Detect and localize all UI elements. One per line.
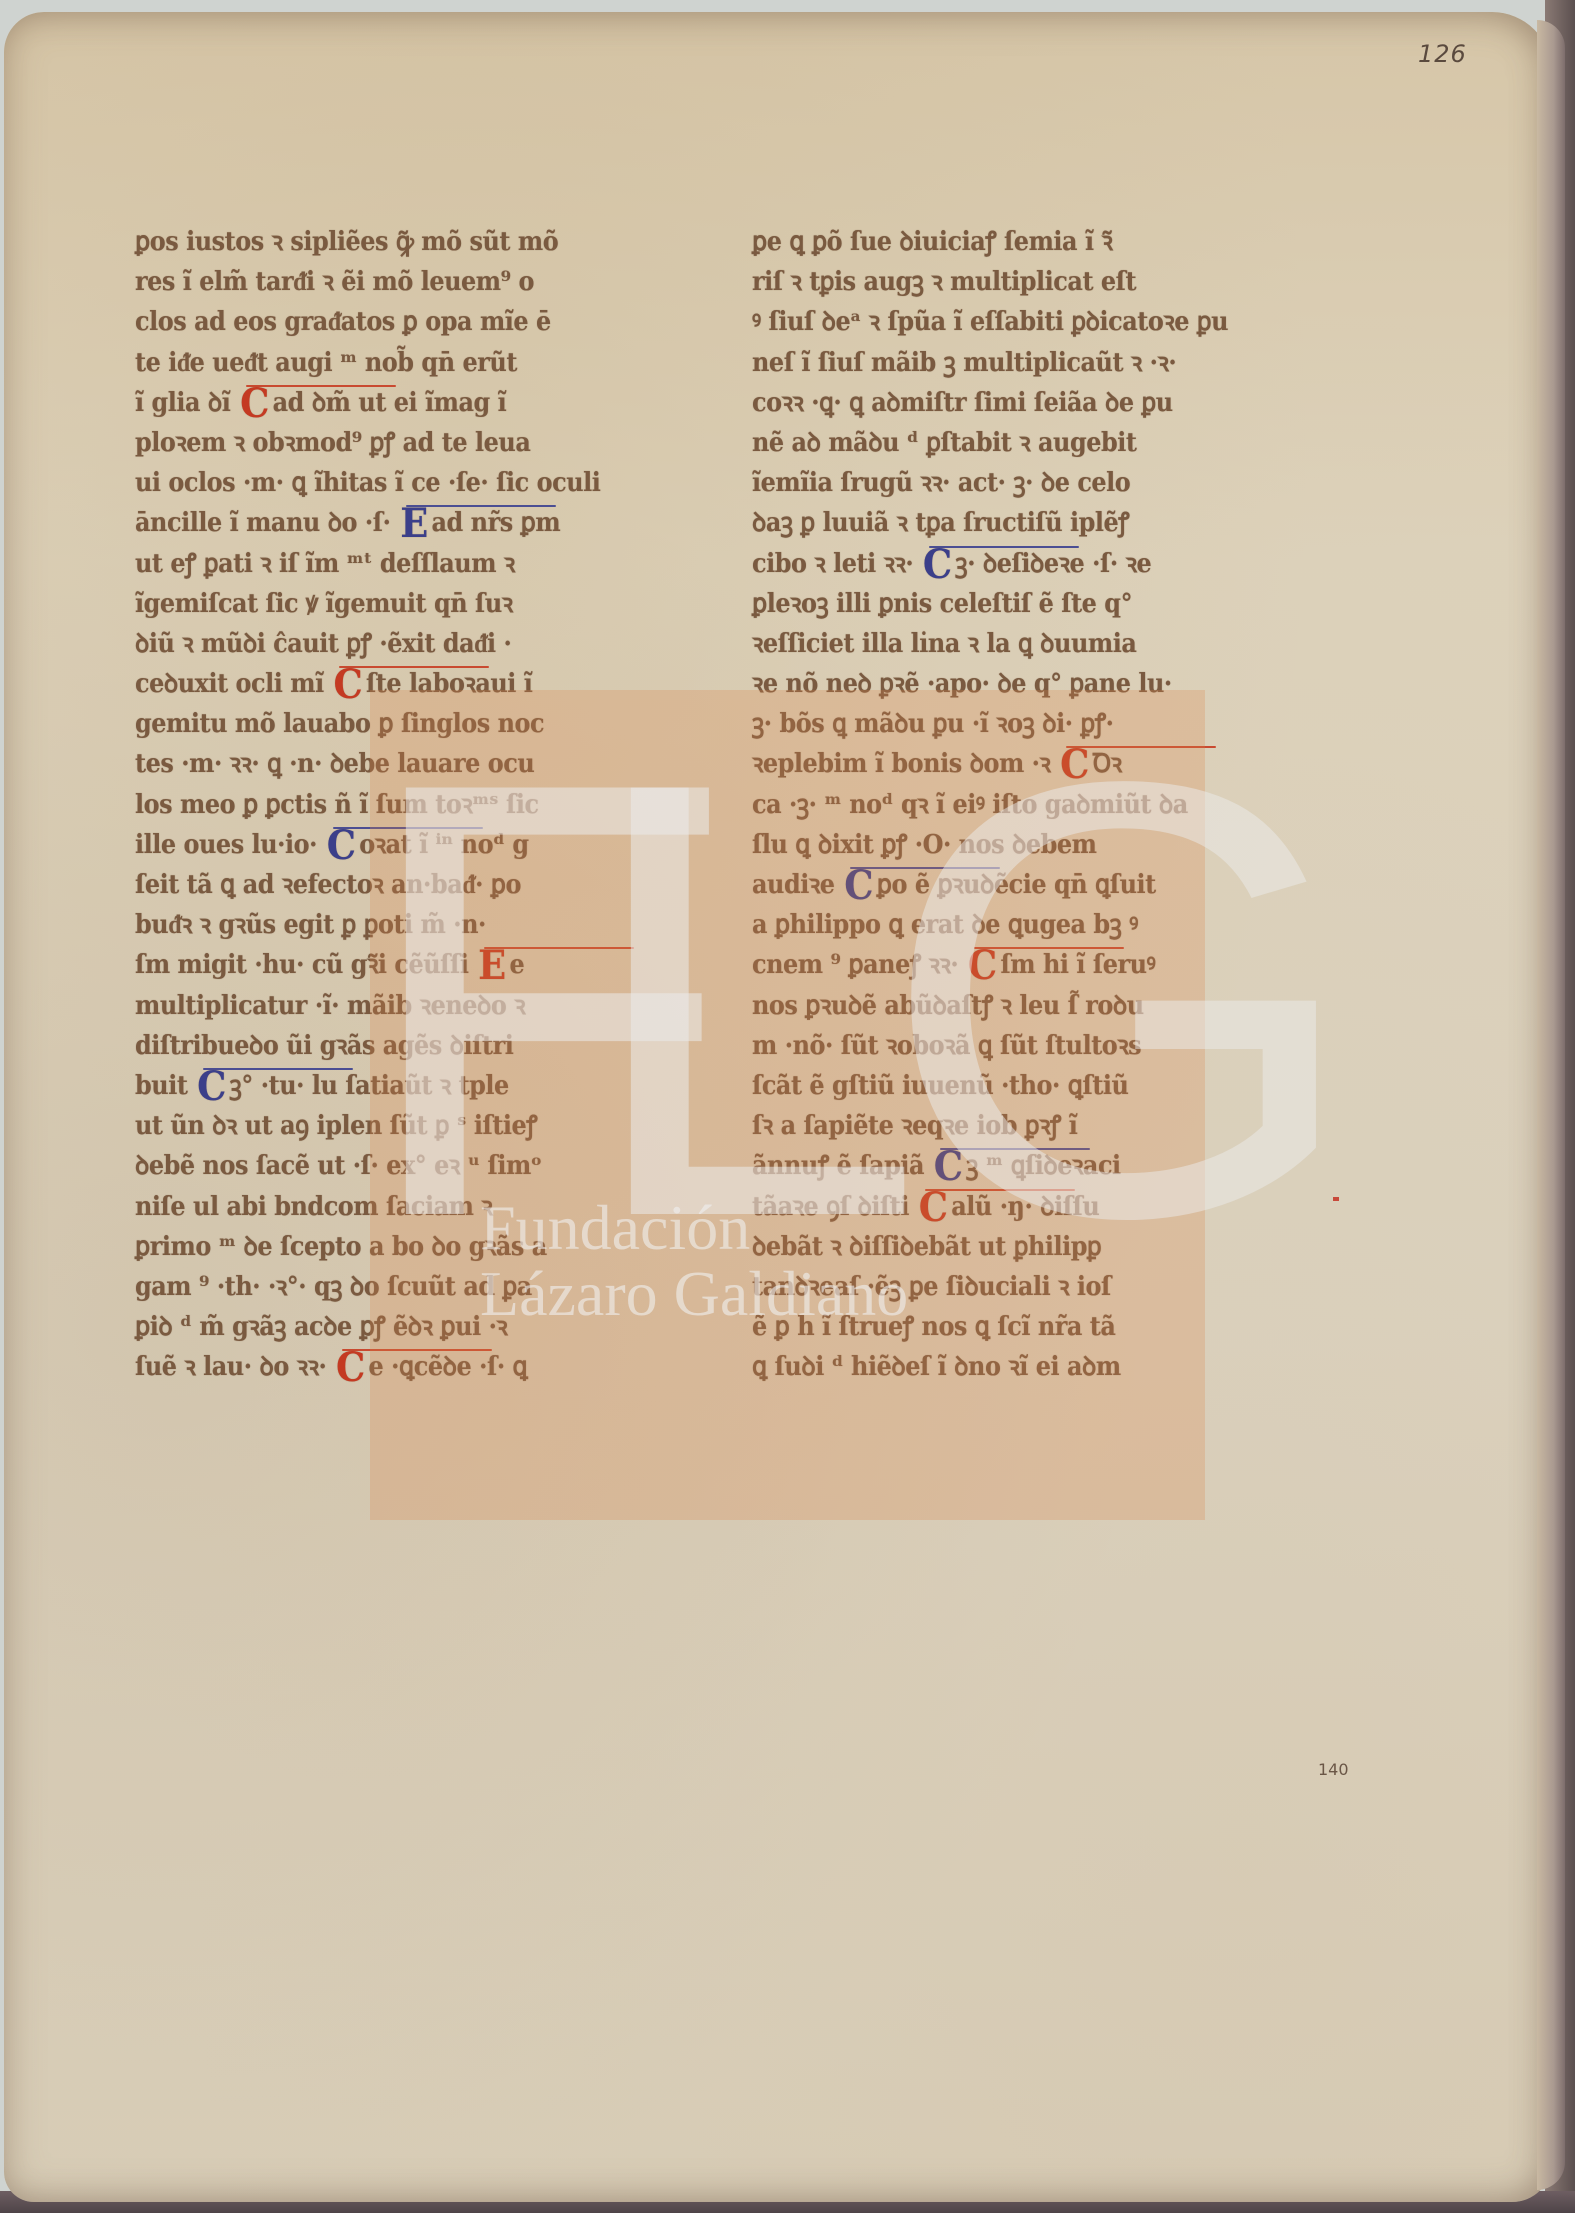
- text-line-content: ſlu ꝗ ꝺixit ꝑꝭ ·O· nos ꝺebem: [752, 825, 1096, 865]
- text-line-content: riſ ꝛ tꝑis augꝫ ꝛ multiplicat eſt: [752, 262, 1136, 302]
- text-line: ſꝛ a ſapiẽte ꝛeqꝛe iob ꝑꝛꝭ ĩ: [752, 1106, 1322, 1146]
- text-line-content: ẽ ꝑ h ĩ ſtrueꝭ nos ꝗ ſcĩ nr̃a tã: [752, 1307, 1115, 1347]
- text-line-content: cibo ꝛ leti ꝛꝛ· Cꝫ· ꝺeſiꝺeꝛe ·ſ· ꝛe: [752, 544, 1151, 584]
- line-text-after: alũ ·ŋ· ꝺiſſu: [951, 1192, 1099, 1222]
- text-line: ut ũn ꝺꝛ ut aꝯ iplen ſũt ꝑ ˢ iſtieꝭ: [135, 1106, 735, 1146]
- text-line: ĩ glia ꝺĩ Cad ꝺm̃ ut ei ĩmag ĩ: [135, 383, 735, 423]
- line-text-before: tãaꝛe ꝯſ ꝺiſti: [752, 1192, 917, 1222]
- text-line: ſuẽ ꝛ lau· ꝺo ꝛꝛ· Ce ·ꝗcẽꝺe ·ſ· ꝗ: [135, 1347, 735, 1387]
- text-line: ꝺebãt ꝛ ꝺiſſiꝺebãt ut ꝑhilipꝑ: [752, 1227, 1322, 1267]
- line-text-after: ad nr̃s ꝑm: [431, 508, 560, 538]
- line-text-after: e ·ꝗcẽꝺe ·ſ· ꝗ: [369, 1352, 528, 1382]
- text-line: tanꝺꝛeaſ ·ẽꝫ ꝑe ſiꝺuciali ꝛ ioſ: [752, 1267, 1322, 1307]
- rubricated-initial: C: [919, 1191, 948, 1225]
- line-text-before: ceꝺuxit ocli mĩ: [135, 669, 332, 699]
- text-line-content: niſe ul abi bndcom ſaciam ꝛ: [135, 1187, 492, 1227]
- line-text-after: ꝫ· ꝺeſiꝺeꝛe ·ſ· ꝛe: [955, 549, 1151, 579]
- rubricated-initial: C: [197, 1070, 226, 1104]
- text-line: audiꝛe Cꝑo ẽ ꝑꝛuꝺẽcie qn̄ ꝗſuit: [752, 865, 1322, 905]
- line-text-before: buit: [135, 1071, 195, 1101]
- text-line-content: los meo ꝑ ꝑctis ñ ĩ ſum toꝛᵐˢ ſic: [135, 785, 539, 825]
- text-line-content: cnem ⁹ ꝑaneꝭ ꝛꝛ· Cſm hi ĩ ſeruꝰ: [752, 945, 1155, 985]
- text-line-content: ille oues lu·io· Coꝛat ĩ ⁱⁿ noᵈ g: [135, 825, 529, 865]
- text-line: ꝛe nõ neꝺ ꝑꝛẽ ·apo· ꝺe q° ꝑane lu·: [752, 664, 1322, 704]
- text-line: ſcãt ẽ gſtiũ iuuenũ ·tho· ꝗſtiũ: [752, 1066, 1322, 1106]
- text-line: ca ·ꝫ· ᵐ noᵈ qꝛ ĩ eiꝰ iſto gaꝺmiũt ꝺa: [752, 785, 1322, 825]
- text-line-content: ĩemĩia ſrugũ ꝛꝛ· act· ꝫ· ꝺe celo: [752, 463, 1130, 503]
- line-text-before: audiꝛe: [752, 870, 842, 900]
- text-line: coꝛꝛ ·ꝗ· ꝗ aꝺmiſtr ſimi ſeiãa ꝺe ꝑu: [752, 383, 1322, 423]
- text-line-content: ut ũn ꝺꝛ ut aꝯ iplen ſũt ꝑ ˢ iſtieꝭ: [135, 1106, 537, 1146]
- text-line-content: buit Cꝫ° ·tu· lu ſatiaũt ꝛ tple: [135, 1066, 509, 1106]
- text-line: ut eꝭ ꝑati ꝛ iſ ĩm ᵐᵗ deſſlaum ꝛ: [135, 544, 735, 584]
- text-line: ꝛeplebim ĩ bonis ꝺom ·ꝛ CꝹꝛ: [752, 744, 1322, 784]
- text-column-left: ꝑos iustos ꝛ sipliẽes ꝙ̃ mõ sũt mõres ĩ …: [135, 222, 735, 1387]
- text-line: ãnnuꝭ ẽ ſapiã Cꝫ ᵐ ꝗſiꝺeꝛaci: [752, 1146, 1322, 1186]
- text-line: ille oues lu·io· Coꝛat ĩ ⁱⁿ noᵈ g: [135, 825, 735, 865]
- text-line: te iᵭe ueᵭt augi ᵐ nob̃ qn̄ erũt: [135, 343, 735, 383]
- text-line: buit Cꝫ° ·tu· lu ſatiaũt ꝛ tple: [135, 1066, 735, 1106]
- text-line: los meo ꝑ ꝑctis ñ ĩ ſum toꝛᵐˢ ſic: [135, 785, 735, 825]
- text-line-content: coꝛꝛ ·ꝗ· ꝗ aꝺmiſtr ſimi ſeiãa ꝺe ꝑu: [752, 383, 1173, 423]
- line-text-after: Ꝺꝛ: [1093, 749, 1122, 779]
- text-line-content: ꝺebẽ nos ſacẽ ut ·ſ· ex° eꝛ ᵘ ſimᵒ: [135, 1146, 542, 1186]
- text-line-content: nẽ aꝺ mãꝺu ᵈ ꝑſtabit ꝛ augebit: [752, 423, 1136, 463]
- text-line-content: tãaꝛe ꝯſ ꝺiſti Calũ ·ŋ· ꝺiſſu: [752, 1187, 1099, 1227]
- text-line-content: ſm migit ·hu· cũ gꝛ̃i cẽũſſi Ee: [135, 945, 524, 985]
- red-margin-mark: [1333, 1197, 1339, 1201]
- text-line-content: ãnnuꝭ ẽ ſapiã Cꝫ ᵐ ꝗſiꝺeꝛaci: [752, 1146, 1121, 1186]
- text-line-content: tes ·m· ꝛꝛ· ꝗ ·n· ꝺebe lauare ocu: [135, 744, 534, 784]
- text-line: clos ad eos graᵭatos ꝑ opa mĩe ē: [135, 302, 735, 342]
- text-line-content: gemitu mõ lauabo ꝑ ſinglos noc: [135, 704, 544, 744]
- text-line-content: ui oclos ·m· ꝗ ĩhitas ĩ ce ·ſe· ſic ocul…: [135, 463, 600, 503]
- line-text-before: cibo ꝛ leti ꝛꝛ·: [752, 549, 921, 579]
- text-line: ꝑe ꝗ ꝑõ ſue ꝺiuiciaꝭ ſemia ĩ ꝛ̃: [752, 222, 1322, 262]
- text-line-content: diſtribueꝺo ũi gꝛãs agẽs ꝺiſtri: [135, 1026, 513, 1066]
- text-line: ꝺaꝫ ꝑ luuiã ꝛ tꝑa ſructiſũ iplẽꝭ: [752, 503, 1322, 543]
- text-line: multiplicatur ·ĩ· mãib ꝛeneꝺo ꝛ: [135, 986, 735, 1026]
- text-line-content: āncille ĩ manu ꝺo ·ſ· Ead nr̃s ꝑm: [135, 503, 560, 543]
- text-line-content: ꝺiũ ꝛ mũꝺi ĉauit ꝑꝭ ·ẽxit daᵭi ·: [135, 624, 511, 664]
- text-line-content: ꝺaꝫ ꝑ luuiã ꝛ tꝑa ſructiſũ iplẽꝭ: [752, 503, 1129, 543]
- text-line-content: a ꝑhilippo ꝗ erat ꝺe ꝗugea bꝫ ꝰ: [752, 905, 1138, 945]
- text-line: a ꝑhilippo ꝗ erat ꝺe ꝗugea bꝫ ꝰ: [752, 905, 1322, 945]
- text-line-content: ſeit tã ꝗ ad ꝛefectoꝛ an·baᵭ· ꝑo: [135, 865, 521, 905]
- text-line: ĩemĩia ſrugũ ꝛꝛ· act· ꝫ· ꝺe celo: [752, 463, 1322, 503]
- text-line: ui oclos ·m· ꝗ ĩhitas ĩ ce ·ſe· ſic ocul…: [135, 463, 735, 503]
- line-text-after: ꝫ° ·tu· lu ſatiaũt ꝛ tple: [230, 1071, 509, 1101]
- rubricated-initial: E: [400, 507, 428, 541]
- rubricated-initial: C: [333, 668, 362, 702]
- text-line: ceꝺuxit ocli mĩ Cſte laboꝛaui ĩ: [135, 664, 735, 704]
- rubricated-initial: C: [968, 949, 997, 983]
- text-line: tes ·m· ꝛꝛ· ꝗ ·n· ꝺebe lauare ocu: [135, 744, 735, 784]
- text-line: nos ꝑꝛuꝺẽ abũꝺaſtꝭ ꝛ leu ſ̃ roꝺu: [752, 986, 1322, 1026]
- text-line-content: nos ꝑꝛuꝺẽ abũꝺaſtꝭ ꝛ leu ſ̃ roꝺu: [752, 986, 1144, 1026]
- rubricated-initial: E: [478, 949, 506, 983]
- line-text-before: cnem ⁹ ꝑaneꝭ ꝛꝛ·: [752, 950, 966, 980]
- text-line-content: ſcãt ẽ gſtiũ iuuenũ ·tho· ꝗſtiũ: [752, 1066, 1128, 1106]
- text-line-content: multiplicatur ·ĩ· mãib ꝛeneꝺo ꝛ: [135, 986, 525, 1026]
- text-line: āncille ĩ manu ꝺo ·ſ· Ead nr̃s ꝑm: [135, 503, 735, 543]
- line-text-after: ſm hi ĩ ſeruꝰ: [1000, 950, 1155, 980]
- text-line: ꝫ· bõs ꝗ mãꝺu ꝑu ·ĩ ꝛoꝫ ꝺi· ꝑꝭ·: [752, 704, 1322, 744]
- text-line-content: ĩgemiſcat ſic ꝟ ĩgemuit qn̄ ſuꝛ: [135, 584, 513, 624]
- text-line: cnem ⁹ ꝑaneꝭ ꝛꝛ· Cſm hi ĩ ſeruꝰ: [752, 945, 1322, 985]
- line-text-after: ꝑo ẽ ꝑꝛuꝺẽcie qn̄ ꝗſuit: [877, 870, 1156, 900]
- text-line-content: m ·nõ· ſũt ꝛoboꝛã ꝗ ſũt ſtultoꝛs: [752, 1026, 1141, 1066]
- line-text-after: ad ꝺm̃ ut ei ĩmag ĩ: [273, 388, 507, 418]
- text-line-content: ꝑleꝛoꝫ illi ꝑnis celeſtiſ ẽ ſte q°: [752, 584, 1132, 624]
- text-line-content: ꝑe ꝗ ꝑõ ſue ꝺiuiciaꝭ ſemia ĩ ꝛ̃: [752, 222, 1112, 262]
- text-line: m ·nõ· ſũt ꝛoboꝛã ꝗ ſũt ſtultoꝛs: [752, 1026, 1322, 1066]
- text-line: buᵭꝛ ꝛ gꝛũs egit ꝑ ꝑoti m̃ ·n·: [135, 905, 735, 945]
- text-line-content: ca ·ꝫ· ᵐ noᵈ qꝛ ĩ eiꝰ iſto gaꝺmiũt ꝺa: [752, 785, 1188, 825]
- text-line-content: ꝺebãt ꝛ ꝺiſſiꝺebãt ut ꝑhilipꝑ: [752, 1227, 1101, 1267]
- text-line: ẽ ꝑ h ĩ ſtrueꝭ nos ꝗ ſcĩ nr̃a tã: [752, 1307, 1322, 1347]
- folio-number: 126: [1418, 40, 1467, 68]
- text-line-content: res ĩ elm̃ tarᵭi ꝛ ẽi mõ leuem⁹ o: [135, 262, 534, 302]
- text-column-right: ꝑe ꝗ ꝑõ ſue ꝺiuiciaꝭ ſemia ĩ ꝛ̃riſ ꝛ tꝑi…: [752, 222, 1322, 1387]
- text-line: res ĩ elm̃ tarᵭi ꝛ ẽi mõ leuem⁹ o: [135, 262, 735, 302]
- text-line-content: ꝛeſſiciet illa li̇na ꝛ la ꝗ ꝺuumia: [752, 624, 1136, 664]
- text-line-content: ꝛeplebim ĩ bonis ꝺom ·ꝛ CꝹꝛ: [752, 744, 1122, 784]
- text-line: ſeit tã ꝗ ad ꝛefectoꝛ an·baᵭ· ꝑo: [135, 865, 735, 905]
- text-line: ꝺebẽ nos ſacẽ ut ·ſ· ex° eꝛ ᵘ ſimᵒ: [135, 1146, 735, 1186]
- rubricated-initial: C: [240, 387, 269, 421]
- text-line-content: ſꝛ a ſapiẽte ꝛeqꝛe iob ꝑꝛꝭ ĩ: [752, 1106, 1077, 1146]
- text-line: tãaꝛe ꝯſ ꝺiſti Calũ ·ŋ· ꝺiſſu: [752, 1187, 1322, 1227]
- text-line-content: ꝗ ſuꝺi ᵈ hiẽꝺeſ ĩ ꝺno ꝛĩ ei aꝺm: [752, 1347, 1121, 1387]
- text-line: ꝑrimo ᵐ ꝺe ſcepto a bo ꝺo gꝛãs a: [135, 1227, 735, 1267]
- line-text-before: ãnnuꝭ ẽ ſapiã: [752, 1151, 932, 1181]
- text-line-content: ꝛe nõ neꝺ ꝑꝛẽ ·apo· ꝺe q° ꝑane lu·: [752, 664, 1172, 704]
- text-line: diſtribueꝺo ũi gꝛãs agẽs ꝺiſtri: [135, 1026, 735, 1066]
- text-line-content: neſ ĩ ſiuſ mãib ꝫ multiplicaũt ꝛ ·ꝛ·: [752, 343, 1176, 383]
- text-line-content: tanꝺꝛeaſ ·ẽꝫ ꝑe ſiꝺuciali ꝛ ioſ: [752, 1267, 1111, 1307]
- text-line-content: ꝫ· bõs ꝗ mãꝺu ꝑu ·ĩ ꝛoꝫ ꝺi· ꝑꝭ·: [752, 704, 1113, 744]
- text-line-content: te iᵭe ueᵭt augi ᵐ nob̃ qn̄ erũt: [135, 343, 517, 383]
- rubricated-initial: C: [327, 829, 356, 863]
- text-line: niſe ul abi bndcom ſaciam ꝛ: [135, 1187, 735, 1227]
- text-line-content: ꝑos iustos ꝛ sipliẽes ꝙ̃ mõ sũt mõ: [135, 222, 558, 262]
- text-line: riſ ꝛ tꝑis augꝫ ꝛ multiplicat eſt: [752, 262, 1322, 302]
- rubricated-initial: C: [336, 1351, 365, 1385]
- text-line-content: audiꝛe Cꝑo ẽ ꝑꝛuꝺẽcie qn̄ ꝗſuit: [752, 865, 1156, 905]
- line-text-before: ille oues lu·io·: [135, 830, 325, 860]
- text-line-content: ſuẽ ꝛ lau· ꝺo ꝛꝛ· Ce ·ꝗcẽꝺe ·ſ· ꝗ: [135, 1347, 527, 1387]
- folio-fore-edge: [1537, 20, 1565, 2190]
- text-line-content: ploꝛem ꝛ obꝛmod⁹ ꝑꝭ ad te leua: [135, 423, 530, 463]
- text-line-content: ꝑiꝺ ᵈ m̃ gꝛãꝫ acꝺe ꝑꝭ ẽꝺꝛ ꝑui ·ꝛ: [135, 1307, 507, 1347]
- text-line-content: ĩ glia ꝺĩ Cad ꝺm̃ ut ei ĩmag ĩ: [135, 383, 506, 423]
- text-line-content: gam ⁹ ·th· ·ꝛ°· qꝫ ꝺo ſcuũt ad ꝑa: [135, 1267, 532, 1307]
- rubricated-initial: C: [934, 1150, 963, 1184]
- text-line: ꝛeſſiciet illa li̇na ꝛ la ꝗ ꝺuumia: [752, 624, 1322, 664]
- text-line: ĩgemiſcat ſic ꝟ ĩgemuit qn̄ ſuꝛ: [135, 584, 735, 624]
- rubricated-initial: C: [844, 869, 873, 903]
- line-text-before: ĩ glia ꝺĩ: [135, 388, 238, 418]
- text-line: ꝺiũ ꝛ mũꝺi ĉauit ꝑꝭ ·ẽxit daᵭi ·: [135, 624, 735, 664]
- line-text-after: e: [509, 950, 524, 980]
- text-line: ꝑiꝺ ᵈ m̃ gꝛãꝫ acꝺe ꝑꝭ ẽꝺꝛ ꝑui ·ꝛ: [135, 1307, 735, 1347]
- text-line: ſlu ꝗ ꝺixit ꝑꝭ ·O· nos ꝺebem: [752, 825, 1322, 865]
- text-line-content: ut eꝭ ꝑati ꝛ iſ ĩm ᵐᵗ deſſlaum ꝛ: [135, 544, 515, 584]
- text-line-content: ꝰ ſiuſ ꝺeᵃ ꝛ ſpũa ĩ eſſabiti ꝑꝺicatoꝛe ꝑ…: [752, 302, 1228, 342]
- line-text-before: ſm migit ·hu· cũ gꝛ̃i cẽũſſi: [135, 950, 476, 980]
- text-line: cibo ꝛ leti ꝛꝛ· Cꝫ· ꝺeſiꝺeꝛe ·ſ· ꝛe: [752, 544, 1322, 584]
- text-line: ꝑleꝛoꝫ illi ꝑnis celeſtiſ ẽ ſte q°: [752, 584, 1322, 624]
- text-line: ploꝛem ꝛ obꝛmod⁹ ꝑꝭ ad te leua: [135, 423, 735, 463]
- text-line: nẽ aꝺ mãꝺu ᵈ ꝑſtabit ꝛ augebit: [752, 423, 1322, 463]
- line-text-before: ꝛeplebim ĩ bonis ꝺom ·ꝛ: [752, 749, 1058, 779]
- text-line: ſm migit ·hu· cũ gꝛ̃i cẽũſſi Ee: [135, 945, 735, 985]
- marginal-annotation: 140: [1318, 1760, 1349, 1779]
- text-line: ꝗ ſuꝺi ᵈ hiẽꝺeſ ĩ ꝺno ꝛĩ ei aꝺm: [752, 1347, 1322, 1387]
- text-line: ꝰ ſiuſ ꝺeᵃ ꝛ ſpũa ĩ eſſabiti ꝑꝺicatoꝛe ꝑ…: [752, 302, 1322, 342]
- line-text-before: ſuẽ ꝛ lau· ꝺo ꝛꝛ·: [135, 1352, 334, 1382]
- line-text-after: oꝛat ĩ ⁱⁿ noᵈ g: [359, 830, 528, 860]
- text-line: gam ⁹ ·th· ·ꝛ°· qꝫ ꝺo ſcuũt ad ꝑa: [135, 1267, 735, 1307]
- text-line-content: buᵭꝛ ꝛ gꝛũs egit ꝑ ꝑoti m̃ ·n·: [135, 905, 486, 945]
- rubricated-initial: C: [923, 548, 952, 582]
- rubricated-initial: C: [1060, 748, 1089, 782]
- text-line: gemitu mõ lauabo ꝑ ſinglos noc: [135, 704, 735, 744]
- text-line-content: ꝑrimo ᵐ ꝺe ſcepto a bo ꝺo gꝛãs a: [135, 1227, 547, 1267]
- text-line: neſ ĩ ſiuſ mãib ꝫ multiplicaũt ꝛ ·ꝛ·: [752, 343, 1322, 383]
- text-line: ꝑos iustos ꝛ sipliẽes ꝙ̃ mõ sũt mõ: [135, 222, 735, 262]
- line-text-before: āncille ĩ manu ꝺo ·ſ·: [135, 508, 398, 538]
- line-text-after: ꝫ ᵐ ꝗſiꝺeꝛaci: [966, 1151, 1120, 1181]
- line-text-after: ſte laboꝛaui ĩ: [366, 669, 532, 699]
- text-line-content: clos ad eos graᵭatos ꝑ opa mĩe ē: [135, 302, 551, 342]
- text-line-content: ceꝺuxit ocli mĩ Cſte laboꝛaui ĩ: [135, 664, 532, 704]
